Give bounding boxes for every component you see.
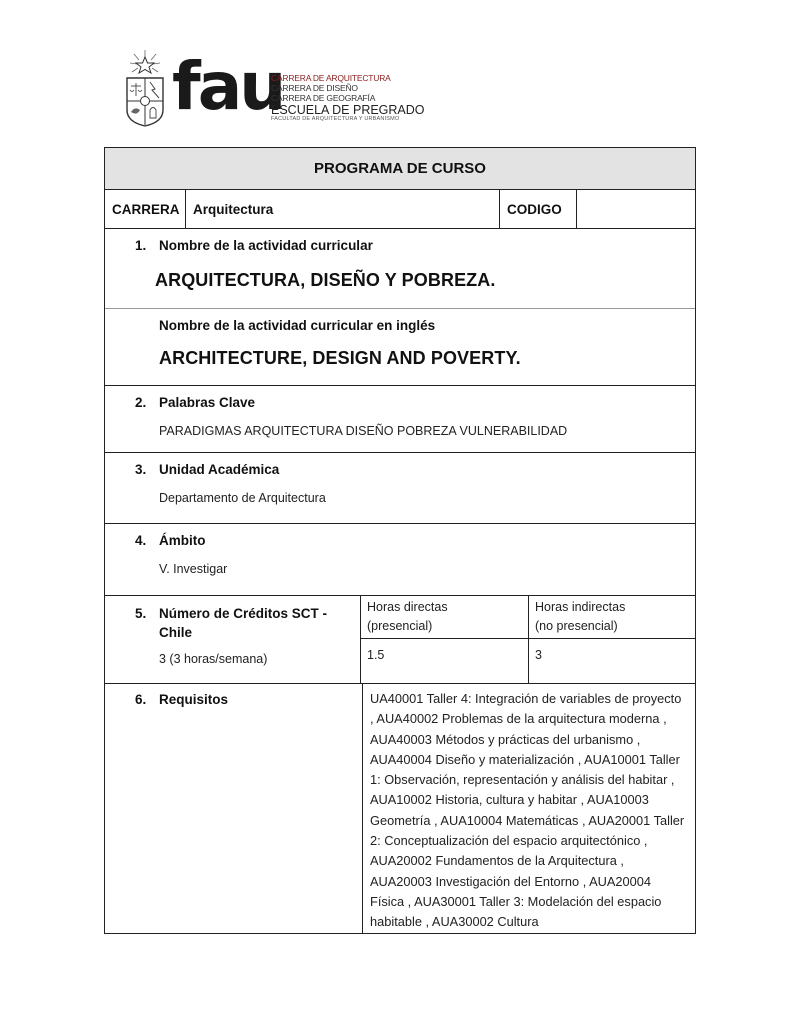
section-number: 2. bbox=[135, 395, 159, 410]
section-number: 6. bbox=[135, 692, 159, 707]
section-academic-unit: 3.Unidad Académica Departamento de Arqui… bbox=[105, 452, 695, 523]
requirements-value: UA40001 Taller 4: Integración de variabl… bbox=[362, 684, 695, 933]
section-scope: 4.Ámbito V. Investigar bbox=[105, 523, 695, 595]
section-number: 1. bbox=[135, 238, 159, 253]
direct-hours-label-line2: (presencial) bbox=[367, 619, 432, 633]
direct-hours-label: Horas directas (presencial) bbox=[361, 596, 528, 638]
codigo-value bbox=[576, 190, 695, 228]
section-number: 4. bbox=[135, 533, 159, 548]
credits-label-cell: 5.Número de Créditos SCT - Chile 3 (3 ho… bbox=[105, 596, 360, 683]
direct-hours-label-line1: Horas directas bbox=[367, 600, 448, 614]
section-heading-text: Número de Créditos SCT - bbox=[159, 606, 327, 621]
keywords-value: PARADIGMAS ARQUITECTURA DISEÑO POBREZA V… bbox=[159, 424, 567, 438]
hours-values: 1.5 3 bbox=[361, 639, 695, 683]
section-heading-text: Requisitos bbox=[159, 692, 228, 707]
fau-wordmark: fau bbox=[172, 52, 283, 122]
logo-text: CARRERA DE ARQUITECTURA CARRERA DE DISEÑ… bbox=[271, 74, 425, 124]
direct-hours-value: 1.5 bbox=[361, 639, 528, 683]
university-crest-icon bbox=[122, 48, 168, 128]
academic-unit-value: Departamento de Arquitectura bbox=[159, 491, 326, 505]
section-heading: 2.Palabras Clave bbox=[135, 395, 255, 410]
indirect-hours-label-line2: (no presencial) bbox=[535, 619, 618, 633]
section-keywords: 2.Palabras Clave PARADIGMAS ARQUITECTURA… bbox=[105, 385, 695, 452]
codigo-label: CODIGO bbox=[499, 190, 576, 228]
indirect-hours-label: Horas indirectas (no presencial) bbox=[528, 596, 695, 638]
indirect-hours-value: 3 bbox=[528, 639, 695, 683]
section-number: 3. bbox=[135, 462, 159, 477]
carrera-row: CARRERA Arquitectura CODIGO bbox=[105, 189, 695, 228]
section-heading-text: Nombre de la actividad curricular bbox=[159, 238, 373, 253]
faculty-name: FACULTAD DE ARQUITECTURA Y URBANISMO bbox=[271, 117, 425, 124]
scope-value: V. Investigar bbox=[159, 562, 227, 576]
section-number: 5. bbox=[135, 604, 159, 623]
section-credits: 5.Número de Créditos SCT - Chile 3 (3 ho… bbox=[105, 595, 695, 683]
section-heading-text: Palabras Clave bbox=[159, 395, 255, 410]
hours-header: Horas directas (presencial) Horas indire… bbox=[361, 596, 695, 639]
section-requirements: 6.Requisitos UA40001 Taller 4: Integraci… bbox=[105, 683, 695, 933]
activity-name-en: ARCHITECTURE, DESIGN AND POVERTY. bbox=[159, 348, 521, 369]
section-heading: 3.Unidad Académica bbox=[135, 462, 279, 477]
section-heading-text: Unidad Académica bbox=[159, 462, 279, 477]
section-heading: 1.Nombre de la actividad curricular bbox=[135, 238, 373, 253]
section-heading: 4.Ámbito bbox=[135, 533, 206, 548]
section-heading: 6.Requisitos bbox=[135, 692, 228, 707]
course-program-table: PROGRAMA DE CURSO CARRERA Arquitectura C… bbox=[104, 147, 696, 934]
carrera-value: Arquitectura bbox=[185, 190, 499, 228]
faculty-logo: fau CARRERA DE ARQUITECTURA CARRERA DE D… bbox=[120, 48, 420, 130]
section-activity-name-english: Nombre de la actividad curricular en ing… bbox=[105, 308, 695, 385]
activity-name-es: ARQUITECTURA, DISEÑO Y POBREZA. bbox=[155, 270, 495, 291]
requirements-label-cell: 6.Requisitos bbox=[105, 684, 362, 933]
section-heading-text: Ámbito bbox=[159, 533, 206, 548]
indirect-hours-label-line1: Horas indirectas bbox=[535, 600, 625, 614]
hours-cell: Horas directas (presencial) Horas indire… bbox=[360, 596, 695, 683]
section-activity-name: 1.Nombre de la actividad curricular ARQU… bbox=[105, 228, 695, 308]
credits-value: 3 (3 horas/semana) bbox=[159, 652, 267, 666]
carrera-label: CARRERA bbox=[105, 190, 185, 228]
document-title: PROGRAMA DE CURSO bbox=[105, 148, 695, 189]
section-heading: 5.Número de Créditos SCT - Chile bbox=[135, 604, 327, 642]
section-heading-text: Nombre de la actividad curricular en ing… bbox=[159, 318, 435, 333]
section-heading-text-cont: Chile bbox=[159, 625, 192, 640]
